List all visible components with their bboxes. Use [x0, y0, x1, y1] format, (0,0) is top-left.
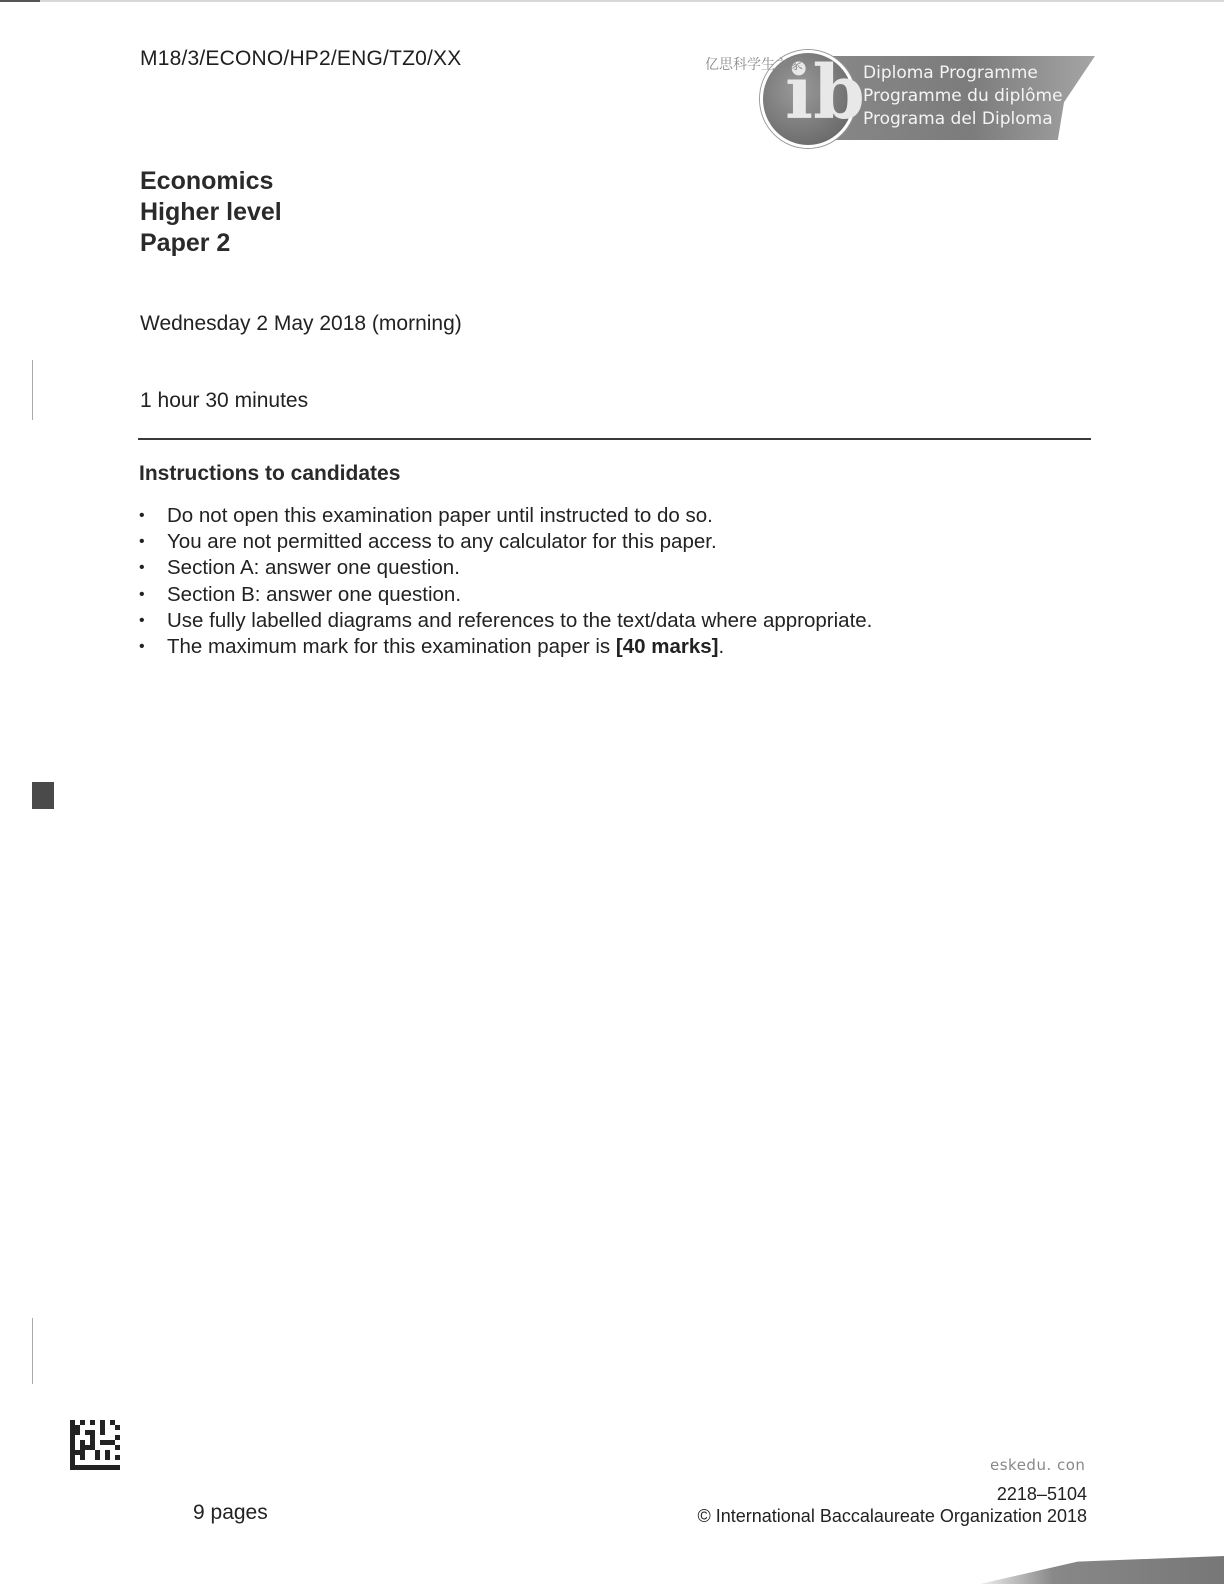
instruction-item: •Section A: answer one question.	[139, 555, 872, 581]
scan-top-edge-mark	[0, 0, 40, 2]
datamatrix-barcode-icon	[70, 1420, 120, 1470]
instruction-item: •Use fully labelled diagrams and referen…	[139, 608, 872, 634]
bullet-icon: •	[139, 582, 145, 608]
instructions-heading: Instructions to candidates	[139, 462, 400, 486]
level: Higher level	[140, 197, 282, 228]
instruction-item: •Section B: answer one question.	[139, 582, 872, 608]
exam-date: Wednesday 2 May 2018 (morning)	[140, 312, 462, 336]
page-count: 9 pages	[193, 1501, 268, 1525]
scan-margin-mark	[32, 360, 33, 420]
scan-margin-mark	[32, 1318, 33, 1384]
logo-line-fr: Programme du diplôme	[863, 85, 1063, 108]
paper-number: Paper 2	[140, 228, 282, 259]
document-number: 2218–5104	[997, 1484, 1087, 1505]
page-title: Economics Higher level Paper 2	[140, 166, 282, 259]
logo-line-es: Programa del Diploma	[863, 108, 1063, 131]
registration-mark	[32, 782, 54, 809]
instruction-item: •Do not open this examination paper unti…	[139, 503, 872, 529]
instructions-list: •Do not open this examination paper unti…	[139, 503, 872, 660]
logo-watermark: 亿思科学生之家	[705, 54, 803, 74]
scan-bottom-artifact	[980, 1556, 1224, 1584]
max-marks: [40 marks]	[616, 635, 719, 658]
logo-line-en: Diploma Programme	[863, 62, 1063, 85]
divider	[138, 438, 1091, 440]
logo-text: Diploma Programme Programme du diplôme P…	[863, 62, 1063, 131]
instruction-item: •The maximum mark for this examination p…	[139, 634, 872, 660]
instruction-item: •You are not permitted access to any cal…	[139, 529, 872, 555]
paper-code: M18/3/ECONO/HP2/ENG/TZ0/XX	[140, 47, 461, 71]
exam-duration: 1 hour 30 minutes	[140, 389, 308, 413]
bullet-icon: •	[139, 529, 145, 555]
bullet-icon: •	[139, 555, 145, 581]
bullet-icon: •	[139, 634, 145, 660]
copyright: © International Baccalaureate Organizati…	[697, 1506, 1087, 1527]
scan-top-edge	[0, 0, 1224, 2]
bullet-icon: •	[139, 503, 145, 529]
footer-watermark: eskedu. con	[990, 1456, 1085, 1474]
bullet-icon: •	[139, 608, 145, 634]
ib-logo: ib 亿思科学生之家 Diploma Programme Programme d…	[705, 50, 1100, 150]
subject: Economics	[140, 166, 282, 197]
